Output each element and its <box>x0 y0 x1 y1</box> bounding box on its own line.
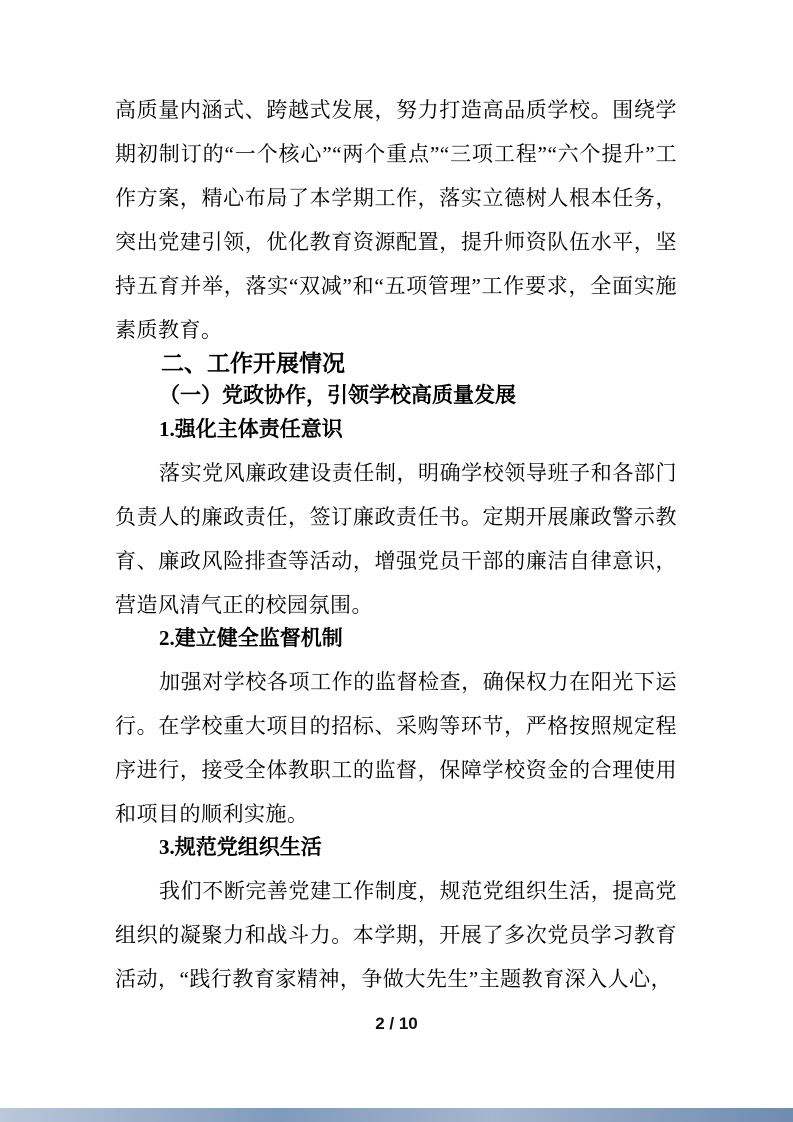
window-bottom-edge-bar <box>0 1108 793 1122</box>
numbered-point-heading: 3.规范党组织生活 <box>115 825 677 869</box>
page-footer: 2 / 10 <box>0 1014 793 1034</box>
body-paragraph: 我们不断完善党建工作制度，规范党组织生活，提高党组织的凝聚力和战斗力。本学期，开… <box>115 869 677 1001</box>
numbered-point-heading: 2.建立健全监督机制 <box>115 616 677 660</box>
page-number: 2 / 10 <box>375 1014 418 1033</box>
document-page: 高质量内涵式、跨越式发展，努力打造高品质学校。围绕学期初制订的“一个核心”“两个… <box>0 0 793 1122</box>
document-content: 高质量内涵式、跨越式发展，努力打造高品质学校。围绕学期初制订的“一个核心”“两个… <box>115 88 677 1001</box>
body-paragraph: 加强对学校各项工作的监督检查，确保权力在阳光下运行。在学校重大项目的招标、采购等… <box>115 660 677 836</box>
body-paragraph: 落实党风廉政建设责任制，明确学校领导班子和各部门负责人的廉政责任，签订廉政责任书… <box>115 451 677 627</box>
body-paragraph: 高质量内涵式、跨越式发展，努力打造高品质学校。围绕学期初制订的“一个核心”“两个… <box>115 88 677 352</box>
